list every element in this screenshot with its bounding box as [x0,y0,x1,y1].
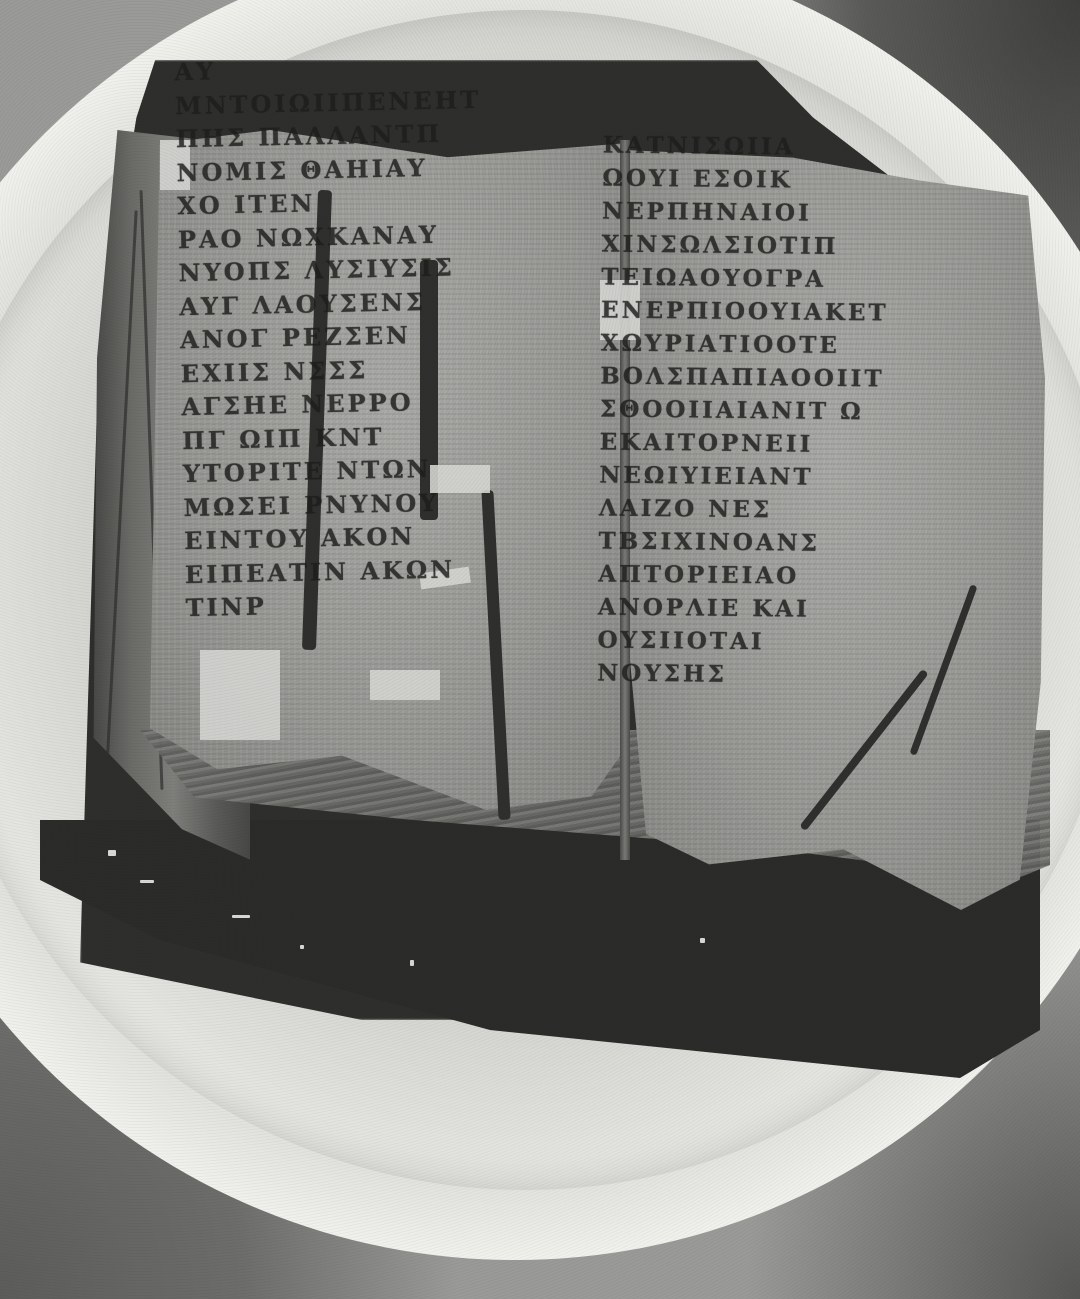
right-page-text: ΚΑΤΝΙΣΩΙΙΑ ΩΟΥΙ ΕΣΟΙΚ ΝΕΡΠΗΝΑΙΟΙ ΧΙΝΣΩΛΣ… [597,129,890,693]
text-line: ΩΟΥΙ ΕΣΟΙΚ [602,162,890,198]
text-line: ΣΘΟΟΙΙΑΙΑΝΙΤ Ω [600,392,888,428]
tape-patch [200,650,280,740]
left-page-text: ΑΥ ΜΝΤΟΙΩΙΙΠΕΝΕΗΤ ΠΗΣ ΠΑΛΛΑΝΤΠ ΝΟΜΙΣ ΘΑΗ… [174,49,492,625]
spine-crease [105,210,137,769]
text-line: ΤΕΙΩΑΟΥΟΓΡΑ [601,261,889,297]
text-line: ΝΥΟΠΣ ΛΥΣΙΥΣΙΣ [178,250,485,290]
text-line: ΝΕΡΠΗΝΑΙΟΙ [602,195,890,231]
text-line: ΠΗΣ ΠΑΛΛΑΝΤΠ [175,116,482,156]
text-line: ΧΙΝΣΩΛΣΙΟΤΙΠ [602,228,890,264]
text-line: ΤΒΣΙΧΙΝΟΑΝΣ [598,524,886,560]
debris-fleck [700,938,705,943]
debris-fleck [410,960,414,966]
debris-fleck [300,945,304,949]
photograph: ΑΥ ΜΝΤΟΙΩΙΙΠΕΝΕΗΤ ΠΗΣ ΠΑΛΛΑΝΤΠ ΝΟΜΙΣ ΘΑΗ… [0,0,1080,1299]
text-line: ΕΝΕΡΠΙΟΟΥΙΑΚΕΤ [601,294,889,330]
text-line: ΑΠΤΟΡΙΕΙΑΟ [598,557,886,593]
text-line: ΟΥΣΙΙΟΤΑΙ [597,623,885,659]
text-line: ΧΩΥΡΙΑΤΙΟΟΤΕ [601,326,889,362]
tape-patch [370,670,440,700]
text-line: ΤΙΝΡ [185,585,492,625]
text-line: ΛΑΙΖΟ ΝΕΣ [599,491,887,527]
text-line: ΚΑΤΝΙΣΩΙΙΑ [603,129,891,165]
text-line: ΝΟΥΣΗΣ [597,656,885,692]
text-line: ΕΙΠΕΑΤΙΝ ΑΚΩΝ [185,551,492,591]
text-line: ΒΟΛΣΠΑΠΙΑΟΟΙΙΤ [600,359,888,395]
text-line: ΝΕΩΙΥΙΕΙΑΝΤ [599,458,887,494]
text-line: ΑΝΟΡΛΙΕ ΚΑΙ [598,590,886,626]
text-line: ΕΚΑΙΤΟΡΝΕΙΙ [599,425,887,461]
